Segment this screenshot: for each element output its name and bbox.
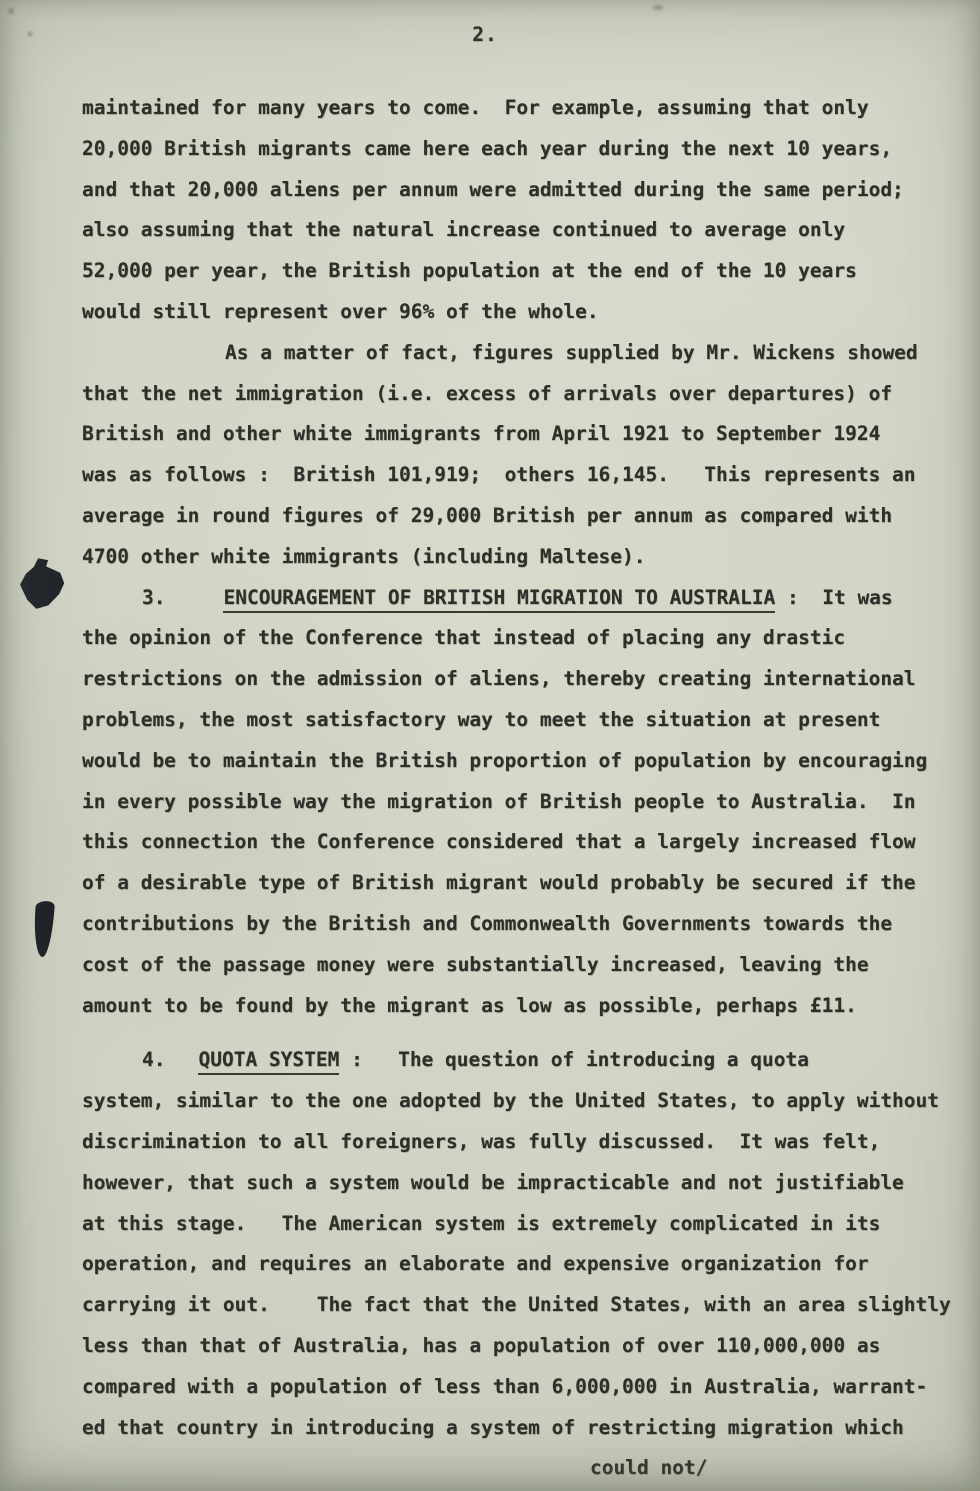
text-line: contributions by the British and Commonw… — [82, 904, 980, 945]
text-line: would still represent over 96% of the wh… — [82, 292, 980, 333]
ink-blot-icon — [32, 900, 55, 957]
text-line: the opinion of the Conference that inste… — [82, 618, 980, 659]
text-line: average in round figures of 29,000 Briti… — [82, 496, 980, 537]
section-4: 4.QUOTA SYSTEM : The question of introdu… — [82, 1040, 980, 1448]
section-3-number: 3. — [142, 578, 165, 619]
paragraph-net-immigration: As a matter of fact, figures supplied by… — [82, 333, 980, 578]
text-line: this connection the Conference considere… — [82, 822, 980, 863]
section-3: 3.ENCOURAGEMENT OF BRITISH MIGRATION TO … — [82, 578, 980, 1027]
paper-smudge — [650, 3, 666, 12]
text-line: discrimination to all foreigners, was fu… — [82, 1122, 980, 1163]
paper-speck — [6, 6, 16, 16]
text-line: would be to maintain the British proport… — [82, 741, 980, 782]
text-line: and that 20,000 aliens per annum were ad… — [82, 170, 980, 211]
document-page: 2. maintained for many years to come. Fo… — [0, 0, 980, 1491]
text-line: amount to be found by the migrant as low… — [82, 986, 980, 1027]
section-3-heading-rest: : It was — [775, 586, 892, 609]
text-line: 52,000 per year, the British population … — [82, 251, 980, 292]
section-3-body: the opinion of the Conference that inste… — [82, 618, 980, 1026]
text-line: cost of the passage money were substanti… — [82, 945, 980, 986]
text-line: of a desirable type of British migrant w… — [82, 863, 980, 904]
section-4-heading-rest: : The question of introducing a quota — [339, 1048, 809, 1071]
text-line: 4700 other white immigrants (including M… — [82, 537, 980, 578]
text-line: operation, and requires an elaborate and… — [82, 1244, 980, 1285]
text-line: system, similar to the one adopted by th… — [82, 1081, 980, 1122]
section-4-number: 4. — [142, 1040, 165, 1081]
text-line: restrictions on the admission of aliens,… — [82, 659, 980, 700]
text-line: ed that country in introducing a system … — [82, 1408, 980, 1449]
section-4-heading: 4.QUOTA SYSTEM : The question of introdu… — [82, 1040, 980, 1081]
section-4-title: QUOTA SYSTEM — [198, 1048, 339, 1075]
section-4-body: system, similar to the one adopted by th… — [82, 1081, 980, 1448]
ink-blot-icon — [17, 556, 67, 611]
text-line: maintained for many years to come. For e… — [82, 88, 980, 129]
text-line: problems, the most satisfactory way to m… — [82, 700, 980, 741]
paragraph-continuation: maintained for many years to come. For e… — [82, 88, 980, 333]
text-line: less than that of Australia, has a popul… — [82, 1326, 980, 1367]
text-line: that the net immigration (i.e. excess of… — [82, 374, 980, 415]
text-line: also assuming that the natural increase … — [82, 210, 980, 251]
catchword: could not/ — [82, 1448, 980, 1489]
text-line: in every possible way the migration of B… — [82, 782, 980, 823]
page-number: 2. — [0, 20, 980, 50]
text-line: 20,000 British migrants came here each y… — [82, 129, 980, 170]
section-3-title: ENCOURAGEMENT OF BRITISH MIGRATION TO AU… — [223, 586, 775, 613]
text-line: was as follows : British 101,919; others… — [82, 455, 980, 496]
text-line: however, that such a system would be imp… — [82, 1163, 980, 1204]
text-line: compared with a population of less than … — [82, 1367, 980, 1408]
text-line: British and other white immigrants from … — [82, 414, 980, 455]
section-3-heading: 3.ENCOURAGEMENT OF BRITISH MIGRATION TO … — [82, 578, 980, 619]
text-line: carrying it out. The fact that the Unite… — [82, 1285, 980, 1326]
text-line: at this stage. The American system is ex… — [82, 1204, 980, 1245]
text-line: As a matter of fact, figures supplied by… — [82, 333, 980, 374]
